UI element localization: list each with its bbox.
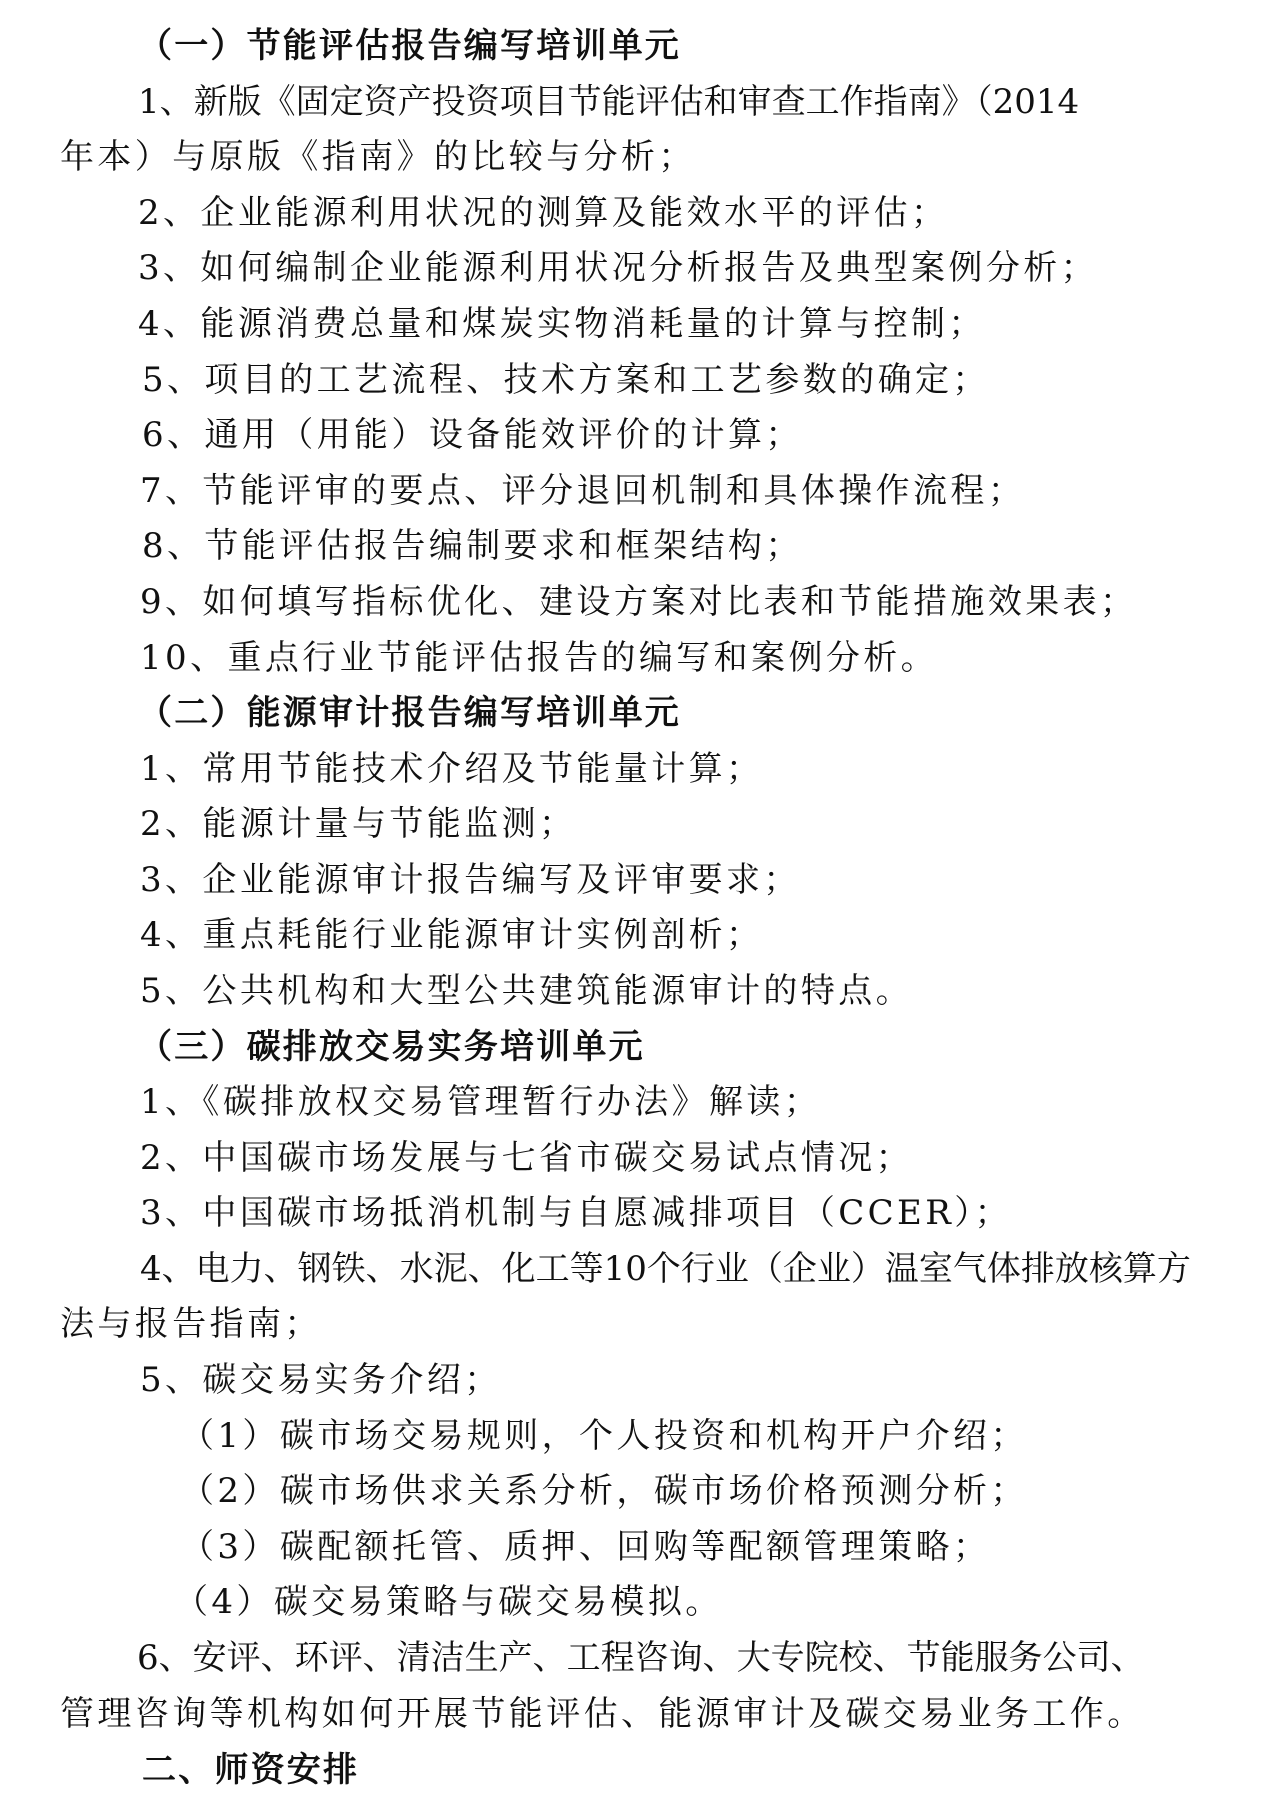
list-item-1-4: 4、能源消费总量和煤炭实物消耗量的计算与控制； bbox=[138, 302, 986, 346]
list-item-1-2: 2、企业能源利用状况的测算及能效水平的评估； bbox=[138, 191, 948, 235]
section-heading-energy-assessment: （一）节能评估报告编写培训单元 bbox=[138, 24, 681, 68]
section-heading-carbon-trading: （三）碳排放交易实务培训单元 bbox=[138, 1025, 645, 1069]
list-item-1-3: 3、如何编制企业能源利用状况分析报告及典型案例分析； bbox=[138, 246, 1098, 290]
list-item-2-3: 3、企业能源审计报告编写及评审要求； bbox=[140, 858, 801, 902]
sub-item-3-5-1: （1）碳市场交易规则，个人投资和机构开户介绍； bbox=[180, 1414, 1028, 1458]
list-item-1-8: 8、节能评估报告编制要求和框架结构； bbox=[142, 524, 803, 568]
list-item-1-1: 1、新版《固定资产投资项目节能评估和审查工作指南》（2014 bbox=[138, 80, 1228, 124]
list-item-1-5: 5、项目的工艺流程、技术方案和工艺参数的确定； bbox=[142, 358, 990, 402]
list-item-3-1: 1、《碳排放权交易管理暂行办法》解读； bbox=[140, 1080, 821, 1124]
list-item-3-6: 6、安评、环评、清洁生产、工程咨询、大专院校、节能服务公司、 bbox=[137, 1636, 1230, 1680]
list-item-2-4: 4、重点耗能行业能源审计实例剖析； bbox=[140, 913, 763, 957]
list-item-text: 1、新版《固定资产投资项目节能评估和审查工作指南》（2014 bbox=[138, 80, 1079, 124]
section-heading-energy-audit: （二）能源审计报告编写培训单元 bbox=[138, 691, 681, 735]
document-page: （一）节能评估报告编写培训单元 1、新版《固定资产投资项目节能评估和审查工作指南… bbox=[0, 0, 1275, 1812]
list-item-1-6: 6、通用（用能）设备能效评价的计算； bbox=[142, 413, 803, 457]
sub-item-3-5-3: （3）碳配额托管、质押、回购等配额管理策略； bbox=[180, 1525, 990, 1569]
list-item-1-9: 9、如何填写指标优化、建设方案对比表和节能措施效果表； bbox=[140, 580, 1137, 624]
list-item-2-5: 5、公共机构和大型公共建筑能源审计的特点。 bbox=[140, 969, 913, 1013]
section-heading-faculty: 二、师资安排 bbox=[142, 1748, 359, 1792]
list-item-3-2: 2、中国碳市场发展与七省市碳交易试点情况； bbox=[140, 1136, 913, 1180]
list-item-3-4-wrap: 法与报告指南； bbox=[60, 1302, 322, 1346]
list-item-text: 4、电力、钢铁、水泥、化工等10个行业（企业）温室气体排放核算方 bbox=[140, 1247, 1191, 1291]
list-item-3-6-wrap: 管理咨询等机构如何开展节能评估、能源审计及碳交易业务工作。 bbox=[60, 1692, 1145, 1736]
list-item-1-7: 7、节能评审的要点、评分退回机制和具体操作流程； bbox=[140, 469, 1025, 513]
sub-item-3-5-2: （2）碳市场供求关系分析，碳市场价格预测分析； bbox=[180, 1469, 1028, 1513]
list-item-3-5: 5、碳交易实务介绍； bbox=[140, 1358, 502, 1402]
list-item-3-4: 4、电力、钢铁、水泥、化工等10个行业（企业）温室气体排放核算方 bbox=[140, 1247, 1230, 1291]
list-item-text: 6、安评、环评、清洁生产、工程咨询、大专院校、节能服务公司、 bbox=[137, 1636, 1145, 1680]
list-item-2-1: 1、常用节能技术介绍及节能量计算； bbox=[140, 747, 763, 791]
list-item-1-1-wrap: 年本）与原版《指南》的比较与分析； bbox=[60, 135, 696, 179]
list-item-1-10: 10、重点行业节能评估报告的编写和案例分析。 bbox=[140, 636, 938, 680]
list-item-2-2: 2、能源计量与节能监测； bbox=[140, 802, 576, 846]
sub-item-3-5-4: （4）碳交易策略与碳交易模拟。 bbox=[174, 1580, 723, 1624]
list-item-3-3: 3、中国碳市场抵消机制与自愿减排项目（CCER）； bbox=[140, 1191, 1012, 1235]
